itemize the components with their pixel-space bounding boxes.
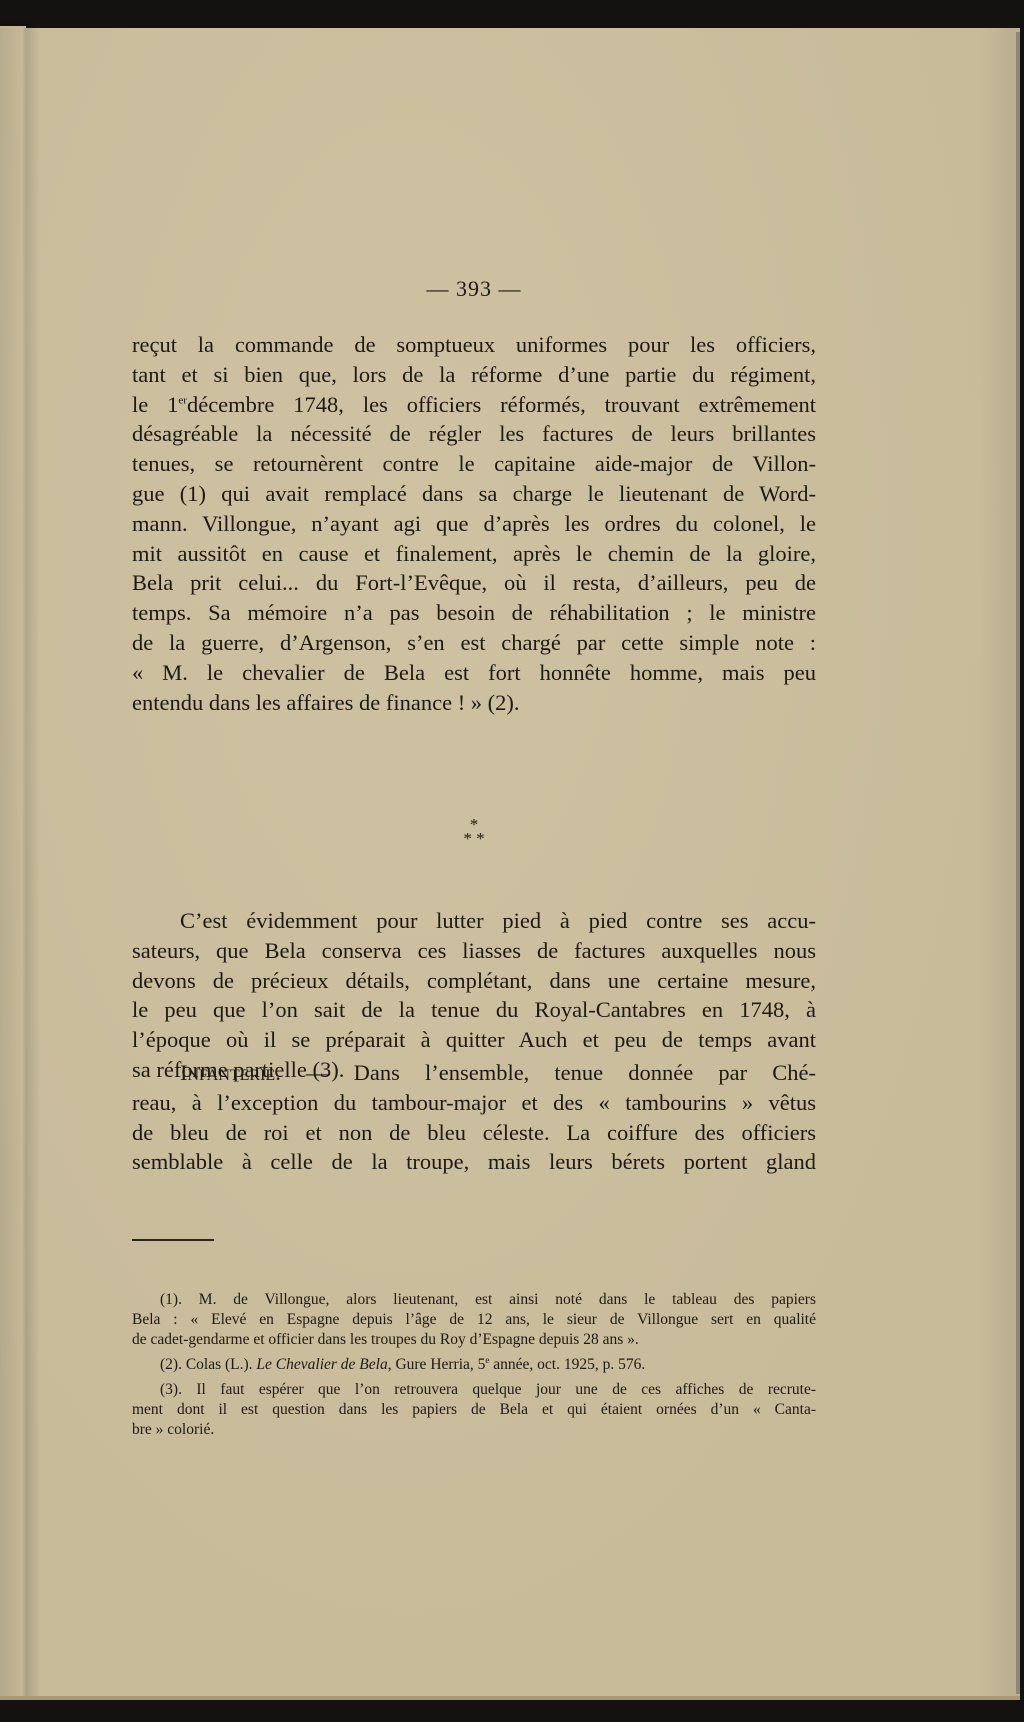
- text-line: mit aussitôt en cause et finalement, apr…: [132, 539, 816, 569]
- text-line: gue (1) qui avait remplacé dans sa charg…: [132, 479, 816, 509]
- footnote-line: ment dont il est question dans les papie…: [132, 1400, 816, 1420]
- text-fragment: décembre 1748, les officiers réformés, t…: [187, 392, 816, 417]
- paragraph-3: Infanterie. — Dans l’ensemble, tenue don…: [132, 1058, 816, 1177]
- text-line: tenues, se retournèrent contre le capita…: [132, 449, 816, 479]
- text-fragment: — Dans l’ensemble, tenue donnée par Ché-: [281, 1060, 816, 1085]
- text-line: Bela prit celui... du Fort-l’Evêque, où …: [132, 568, 816, 598]
- text-line: le peu que l’on sait de la tenue du Roya…: [132, 995, 816, 1025]
- text-line: de la guerre, d’Argenson, s’en est charg…: [132, 628, 816, 658]
- text-line: reçut la commande de somptueux uniformes…: [132, 330, 816, 360]
- footnote-2: (2). Colas (L.). Le Chevalier de Bela, G…: [132, 1355, 816, 1375]
- text-line: sateurs, que Bela conserva ces liasses d…: [132, 936, 816, 966]
- footnote-divider: [132, 1239, 214, 1241]
- text-line: désagréable la nécessité de régler les f…: [132, 419, 816, 449]
- footnote-line: de cadet-gendarme et officier dans les t…: [132, 1330, 816, 1350]
- text-line: de bleu de roi et non de bleu céleste. L…: [132, 1118, 816, 1148]
- text-line: entendu dans les affaires de finance ! »…: [132, 688, 816, 718]
- paragraph-1: reçut la commande de somptueux uniformes…: [132, 330, 816, 717]
- page-edge-right: [1016, 32, 1020, 1694]
- footnote-text: , Gure Herria, 5: [388, 1356, 486, 1373]
- section-separator-asterism: * * *: [132, 818, 816, 846]
- text-line: le 1erdécembre 1748, les officiers réfor…: [132, 390, 816, 420]
- page-number: — 393 —: [132, 276, 816, 302]
- text-line: temps. Sa mémoire n’a pas besoin de réha…: [132, 598, 816, 628]
- text-line: reau, à l’exception du tambour-major et …: [132, 1088, 816, 1118]
- footnote-text: (2). Colas (L.).: [160, 1356, 256, 1373]
- text-line: C’est évidemment pour lutter pied à pied…: [132, 906, 816, 936]
- section-heading-infanterie: Infanterie.: [180, 1060, 281, 1085]
- footnote-3: (3). Il faut espérer que l’on retrouvera…: [132, 1380, 816, 1440]
- asterism-bottom: * *: [132, 832, 816, 846]
- text-line: « M. le chevalier de Bela est fort honnê…: [132, 658, 816, 688]
- footnote-1: (1). M. de Villongue, alors lieutenant, …: [132, 1290, 816, 1350]
- footnote-line: (1). M. de Villongue, alors lieutenant, …: [132, 1290, 816, 1310]
- book-page: — 393 — reçut la commande de somptueux u…: [0, 28, 1020, 1696]
- text-line: l’époque où il se préparait à quitter Au…: [132, 1025, 816, 1055]
- footnote-line: (3). Il faut espérer que l’on retrouvera…: [132, 1380, 816, 1400]
- footnotes: (1). M. de Villongue, alors lieutenant, …: [132, 1290, 816, 1445]
- text-line: tant et si bien que, lors de la réforme …: [132, 360, 816, 390]
- superscript: er: [178, 394, 187, 406]
- text-line: semblable à celle de la troupe, mais leu…: [132, 1147, 816, 1177]
- text-line: Infanterie. — Dans l’ensemble, tenue don…: [132, 1058, 816, 1088]
- page-edge-bottom: [0, 1696, 1020, 1700]
- text-line: devons de précieux détails, complétant, …: [132, 966, 816, 996]
- footnote-line: Bela : « Elevé en Espagne depuis l’âge d…: [132, 1310, 816, 1330]
- footnote-line: (2). Colas (L.). Le Chevalier de Bela, G…: [132, 1355, 816, 1375]
- footnote-text: année, oct. 1925, p. 576.: [489, 1356, 645, 1373]
- text-fragment: le 1: [132, 392, 178, 417]
- footnote-book-title: Le Chevalier de Bela: [256, 1356, 387, 1373]
- footnote-line: bre » colorié.: [132, 1420, 816, 1440]
- text-line: mann. Villongue, n’ayant agi que d’après…: [132, 509, 816, 539]
